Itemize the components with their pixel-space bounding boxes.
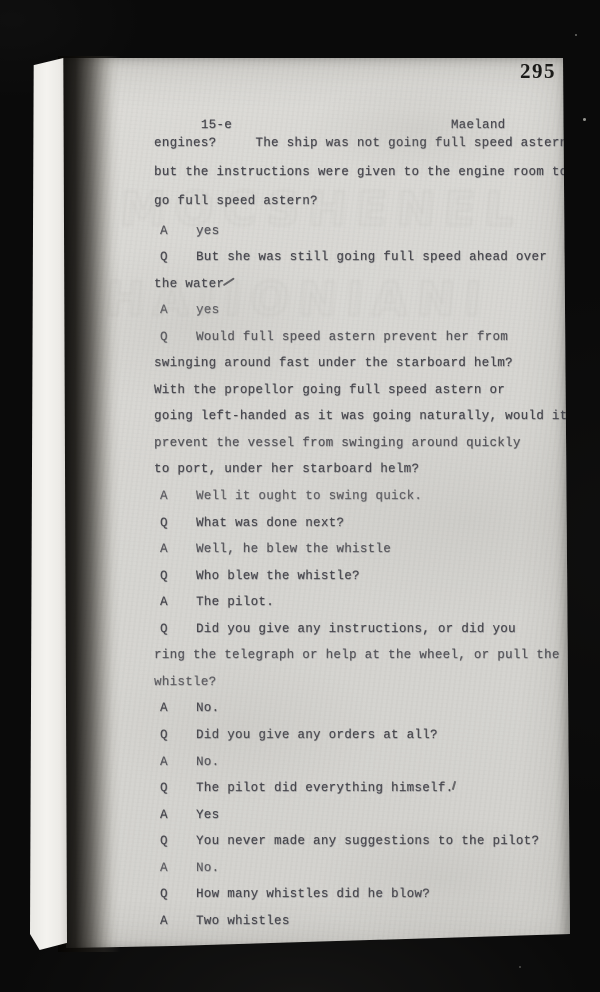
transcript-text: No. bbox=[196, 755, 219, 769]
transcript-line: QBut she was still going full speed ahea… bbox=[154, 250, 564, 277]
witness-name: Maeland bbox=[451, 118, 506, 132]
qa-marker: A bbox=[154, 224, 196, 238]
qa-marker: A bbox=[154, 808, 196, 822]
dust-speck bbox=[575, 34, 577, 36]
transcript-text: going left-handed as it was going natura… bbox=[154, 409, 567, 423]
dust-speck bbox=[519, 966, 521, 968]
transcript-line: but the instructions were given to the e… bbox=[154, 165, 564, 194]
transcript-line: to port, under her starboard helm? bbox=[154, 462, 564, 489]
transcript-line: ANo. bbox=[154, 755, 564, 782]
dust-speck bbox=[583, 118, 586, 121]
transcript-text: Well, he blew the whistle bbox=[196, 542, 391, 556]
transcript-line: ring the telegraph or help at the wheel,… bbox=[154, 648, 564, 675]
transcript-line: prevent the vessel from swinging around … bbox=[154, 436, 564, 463]
qa-marker: A bbox=[154, 489, 196, 503]
qa-marker: Q bbox=[154, 516, 196, 530]
transcript-line: ANo. bbox=[154, 861, 564, 888]
transcript-line: With the propellor going full speed aste… bbox=[154, 383, 564, 410]
transcript-text: Did you give any instructions, or did yo… bbox=[196, 622, 516, 636]
transcript-line: AYes bbox=[154, 808, 564, 835]
transcript-line: whistle? bbox=[154, 675, 564, 702]
transcript-line: going left-handed as it was going natura… bbox=[154, 409, 564, 436]
transcript-text: to port, under her starboard helm? bbox=[154, 462, 419, 476]
transcript-text: engines? The ship was not going full spe… bbox=[154, 136, 567, 150]
transcript-text: Well it ought to swing quick. bbox=[196, 489, 422, 503]
qa-marker: A bbox=[154, 914, 196, 928]
transcript-line: AWell it ought to swing quick. bbox=[154, 489, 564, 516]
transcript: engines? The ship was not going full spe… bbox=[154, 136, 564, 940]
transcript-text: Two whistles bbox=[196, 914, 290, 928]
transcript-line: ANo. bbox=[154, 701, 564, 728]
scanned-document-photo: MOCSHENEL HAIIONIANI 295 15-eMaeland eng… bbox=[0, 0, 600, 992]
transcript-line: QWhat was done next? bbox=[154, 516, 564, 543]
transcript-text: swinging around fast under the starboard… bbox=[154, 356, 513, 370]
transcript-text: whistle? bbox=[154, 675, 216, 689]
transcript-line: QThe pilot did everything himself. bbox=[154, 781, 564, 808]
transcript-line: QDid you give any orders at all? bbox=[154, 728, 564, 755]
transcript-line: QHow many whistles did he blow? bbox=[154, 887, 564, 914]
transcript-line: AWell, he blew the whistle bbox=[154, 542, 564, 569]
transcript-text: prevent the vessel from swinging around … bbox=[154, 436, 521, 450]
transcript-text: Who blew the whistle? bbox=[196, 569, 360, 583]
transcript-line: QDid you give any instructions, or did y… bbox=[154, 622, 564, 649]
transcript-text: Yes bbox=[196, 808, 219, 822]
page-number: 295 bbox=[520, 59, 556, 84]
gutter-shadow bbox=[58, 56, 120, 952]
transcript-text: Did you give any orders at all? bbox=[196, 728, 438, 742]
transcript-text: yes bbox=[196, 224, 219, 238]
transcript-text: the water bbox=[154, 277, 224, 291]
transcript-line: QWould full speed astern prevent her fro… bbox=[154, 330, 564, 357]
document-page: MOCSHENEL HAIIONIANI 295 15-eMaeland eng… bbox=[62, 58, 570, 950]
transcript-line: AThe pilot. bbox=[154, 595, 564, 622]
transcript-text: ring the telegraph or help at the wheel,… bbox=[154, 648, 560, 662]
transcript-text: No. bbox=[196, 861, 219, 875]
transcript-text: The pilot did everything himself. bbox=[196, 781, 453, 795]
transcript-text: How many whistles did he blow? bbox=[196, 887, 430, 901]
transcript-line: Ayes bbox=[154, 224, 564, 251]
transcript-text: go full speed astern? bbox=[154, 194, 318, 208]
qa-marker: Q bbox=[154, 330, 196, 344]
qa-marker: Q bbox=[154, 728, 196, 742]
qa-marker: Q bbox=[154, 887, 196, 901]
transcript-line: ATwo whistles bbox=[154, 914, 564, 941]
transcript-text: What was done next? bbox=[196, 516, 344, 530]
transcript-line: engines? The ship was not going full spe… bbox=[154, 136, 564, 165]
qa-marker: A bbox=[154, 701, 196, 715]
transcript-line: QYou never made any suggestions to the p… bbox=[154, 834, 564, 861]
transcript-line: swinging around fast under the starboard… bbox=[154, 356, 564, 383]
qa-marker: A bbox=[154, 303, 196, 317]
transcript-line: go full speed astern? bbox=[154, 194, 564, 223]
transcript-text: With the propellor going full speed aste… bbox=[154, 383, 505, 397]
page-sheet-label: 15-e bbox=[201, 118, 451, 132]
qa-marker: Q bbox=[154, 622, 196, 636]
qa-marker: Q bbox=[154, 250, 196, 264]
transcript-text: But she was still going full speed ahead… bbox=[196, 250, 547, 264]
transcript-text: but the instructions were given to the e… bbox=[154, 165, 567, 179]
transcript-text: Would full speed astern prevent her from bbox=[196, 330, 508, 344]
transcript-text: No. bbox=[196, 701, 219, 715]
transcript-line: QWho blew the whistle? bbox=[154, 569, 564, 596]
adjacent-page-edge bbox=[30, 58, 67, 950]
qa-marker: A bbox=[154, 542, 196, 556]
qa-marker: A bbox=[154, 595, 196, 609]
pencil-slash-mark bbox=[223, 277, 235, 286]
transcript-line: Ayes bbox=[154, 303, 564, 330]
qa-marker: Q bbox=[154, 569, 196, 583]
transcript-text: You never made any suggestions to the pi… bbox=[196, 834, 539, 848]
transcript-line: the water bbox=[154, 277, 564, 304]
qa-marker: Q bbox=[154, 781, 196, 795]
transcript-text: yes bbox=[196, 303, 219, 317]
qa-marker: Q bbox=[154, 834, 196, 848]
qa-marker: A bbox=[154, 755, 196, 769]
transcript-text: The pilot. bbox=[196, 595, 274, 609]
pencil-tick-mark bbox=[452, 781, 456, 790]
qa-marker: A bbox=[154, 861, 196, 875]
